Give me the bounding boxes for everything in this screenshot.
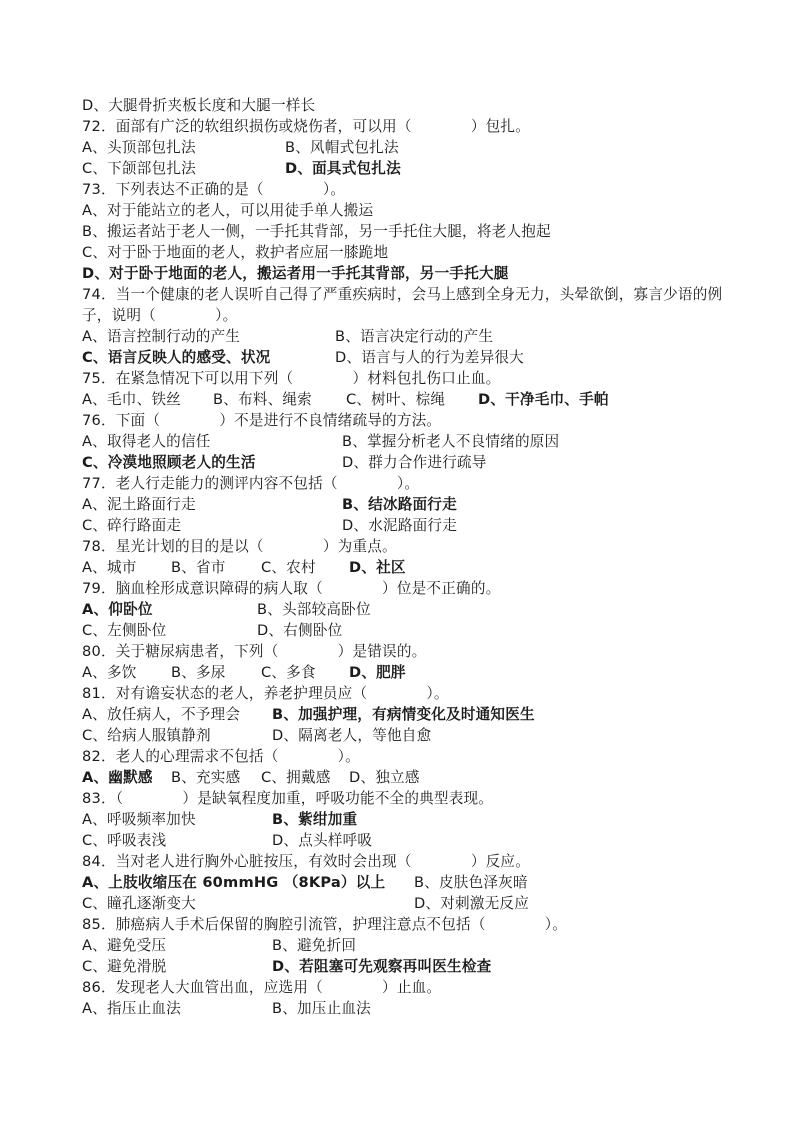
answer-text-bold: D、对于卧于地面的老人，搬运者用一手托其背部，另一手托大腿 — [82, 263, 509, 284]
answer-text-bold: A、仰卧位 — [82, 599, 153, 620]
answer-text-bold: C、冷漠地照顾老人的生活 — [82, 452, 256, 473]
document-line: B、搬运者站于老人一侧，一手托其背部，另一手托住大腿，将老人抱起 — [82, 221, 762, 242]
document-line: A、呼吸频率加快B、紫绀加重 — [82, 809, 762, 830]
question-text: 83．（ ）是缺氧程度加重，呼吸功能不全的典型表现。 — [82, 788, 493, 809]
document-line: A、泥土路面行走B、结冰路面行走 — [82, 494, 762, 515]
document-line: 84．当对老人进行胸外心脏按压，有效时会出现（ ）反应。 — [82, 851, 762, 872]
question-text: A、城市 — [82, 557, 137, 578]
answer-text-bold: A、幽默感 — [82, 767, 153, 788]
question-text: A、呼吸频率加快 — [82, 809, 196, 830]
document-line: C、给病人服镇静剂D、隔离老人，等他自愈 — [82, 725, 762, 746]
question-text: A、毛巾、铁丝 — [82, 389, 181, 410]
question-text: 82．老人的心理需求不包括（ ）。 — [82, 746, 360, 767]
document-line: 73．下列表达不正确的是（ ）。 — [82, 179, 762, 200]
question-text: C、碎行路面走 — [82, 515, 181, 536]
question-text: C、树叶、棕绳 — [346, 389, 445, 410]
document-line: C、左侧卧位D、右侧卧位 — [82, 620, 762, 641]
question-text: 80．关于糖尿病患者，下列（ ）是错误的。 — [82, 641, 426, 662]
question-text: C、对于卧于地面的老人，救护者应屈一膝跪地 — [82, 242, 388, 263]
document-line: A、避免受压B、避免折回 — [82, 935, 762, 956]
question-text: D、大腿骨折夹板长度和大腿一样长 — [82, 95, 315, 116]
document-line: A、指压止血法B、加压止血法 — [82, 998, 762, 1019]
question-text: B、掌握分析老人不良情绪的原因 — [342, 431, 559, 452]
question-text: 77．老人行走能力的测评内容不包括（ ）。 — [82, 473, 419, 494]
document-line: A、放任病人，不予理会B、加强护理，有病情变化及时通知医生 — [82, 704, 762, 725]
question-text: 子，说明（ ）。 — [82, 305, 237, 326]
question-text: C、多食 — [261, 662, 316, 683]
question-text: A、泥土路面行走 — [82, 494, 196, 515]
question-text: A、语言控制行动的产生 — [82, 326, 240, 347]
document-line: 81．对有谵妄状态的老人，养老护理员应（ ）。 — [82, 683, 762, 704]
document-line: A、仰卧位B、头部较高卧位 — [82, 599, 762, 620]
document-line: 77．老人行走能力的测评内容不包括（ ）。 — [82, 473, 762, 494]
question-text: D、水泥路面行走 — [342, 515, 457, 536]
question-text: D、点头样呼吸 — [272, 830, 372, 851]
answer-text-bold: A、上肢收缩压在 60mmHG （8KPa）以上 — [82, 872, 385, 893]
question-text: D、对刺激无反应 — [414, 893, 529, 914]
answer-text-bold: D、肥胖 — [349, 662, 406, 683]
question-text: B、布料、绳索 — [213, 389, 312, 410]
question-text: A、指压止血法 — [82, 998, 181, 1019]
document-line: A、幽默感B、充实感C、拥戴感D、独立感 — [82, 767, 762, 788]
question-text: D、独立感 — [349, 767, 420, 788]
question-text: 84．当对老人进行胸外心脏按压，有效时会出现（ ）反应。 — [82, 851, 530, 872]
question-text: 86．发现老人大血管出血，应选用（ ）止血。 — [82, 977, 441, 998]
question-text: A、多饮 — [82, 662, 137, 683]
question-text: B、语言决定行动的产生 — [335, 326, 493, 347]
question-text: A、对于能站立的老人，可以用徒手单人搬运 — [82, 200, 373, 221]
answer-text-bold: D、面具式包扎法 — [285, 158, 401, 179]
document-line: C、下颌部包扎法D、面具式包扎法 — [82, 158, 762, 179]
question-text: 74．当一个健康的老人误听自己得了严重疾病时，会马上感到全身无力，头晕欲倒，寡言… — [82, 284, 722, 305]
document-line: A、对于能站立的老人，可以用徒手单人搬运 — [82, 200, 762, 221]
question-text: C、农村 — [261, 557, 316, 578]
answer-text-bold: D、干净毛巾、手帕 — [478, 389, 609, 410]
document-line: A、城市B、省市C、农村D、社区 — [82, 557, 762, 578]
question-text: B、皮肤色泽灰暗 — [414, 872, 528, 893]
document-line: A、语言控制行动的产生B、语言决定行动的产生 — [82, 326, 762, 347]
answer-text-bold: B、加强护理，有病情变化及时通知医生 — [272, 704, 535, 725]
question-text: C、左侧卧位 — [82, 620, 166, 641]
document-line: 80．关于糖尿病患者，下列（ ）是错误的。 — [82, 641, 762, 662]
question-text: C、下颌部包扎法 — [82, 158, 196, 179]
document-line: C、碎行路面走D、水泥路面行走 — [82, 515, 762, 536]
document-line: 78．星光计划的目的是以（ ）为重点。 — [82, 536, 762, 557]
question-text: B、避免折回 — [272, 935, 356, 956]
answer-text-bold: D、社区 — [349, 557, 406, 578]
document-line: 83．（ ）是缺氧程度加重，呼吸功能不全的典型表现。 — [82, 788, 762, 809]
exam-document-page: D、大腿骨折夹板长度和大腿一样长72．面部有广泛的软组织损伤或烧伤者，可以用（ … — [0, 0, 794, 1123]
document-line: A、上肢收缩压在 60mmHG （8KPa）以上B、皮肤色泽灰暗 — [82, 872, 762, 893]
question-text: 72．面部有广泛的软组织损伤或烧伤者，可以用（ ）包扎。 — [82, 116, 530, 137]
document-line: A、多饮B、多尿C、多食D、肥胖 — [82, 662, 762, 683]
question-text: A、放任病人，不予理会 — [82, 704, 240, 725]
question-text: C、避免滑脱 — [82, 956, 166, 977]
question-text: A、取得老人的信任 — [82, 431, 211, 452]
question-text: C、给病人服镇静剂 — [82, 725, 211, 746]
question-text: 76．下面（ ）不是进行不良情绪疏导的方法。 — [82, 410, 441, 431]
question-text: A、头顶部包扎法 — [82, 137, 196, 158]
question-text: B、加压止血法 — [272, 998, 371, 1019]
question-text: D、右侧卧位 — [257, 620, 342, 641]
question-text: B、多尿 — [171, 662, 226, 683]
document-line: 74．当一个健康的老人误听自己得了严重疾病时，会马上感到全身无力，头晕欲倒，寡言… — [82, 284, 762, 305]
question-text: B、充实感 — [171, 767, 240, 788]
question-text: 78．星光计划的目的是以（ ）为重点。 — [82, 536, 397, 557]
document-line: D、大腿骨折夹板长度和大腿一样长 — [82, 95, 762, 116]
question-text: C、呼吸表浅 — [82, 830, 166, 851]
document-line: C、呼吸表浅D、点头样呼吸 — [82, 830, 762, 851]
document-line: C、语言反映人的感受、状况D、语言与人的行为差异很大 — [82, 347, 762, 368]
answer-text-bold: D、若阻塞可先观察再叫医生检查 — [272, 956, 491, 977]
document-line: D、对于卧于地面的老人，搬运者用一手托其背部，另一手托大腿 — [82, 263, 762, 284]
question-text: 79．脑血栓形成意识障碍的病人取（ ）位是不正确的。 — [82, 578, 500, 599]
document-line: 75．在紧急情况下可以用下列（ ）材料包扎伤口止血。 — [82, 368, 762, 389]
question-text: D、群力合作进行疏导 — [342, 452, 487, 473]
question-text: B、省市 — [171, 557, 226, 578]
document-line: 子，说明（ ）。 — [82, 305, 762, 326]
question-text: A、避免受压 — [82, 935, 166, 956]
answer-text-bold: B、结冰路面行走 — [342, 494, 457, 515]
question-text: 73．下列表达不正确的是（ ）。 — [82, 179, 345, 200]
document-line: A、毛巾、铁丝B、布料、绳索C、树叶、棕绳D、干净毛巾、手帕 — [82, 389, 762, 410]
document-line: C、冷漠地照顾老人的生活D、群力合作进行疏导 — [82, 452, 762, 473]
question-text: 85．肺癌病人手术后保留的胸腔引流管，护理注意点不包括（ ）。 — [82, 914, 567, 935]
document-line: C、瞳孔逐渐变大D、对刺激无反应 — [82, 893, 762, 914]
document-line: C、避免滑脱D、若阻塞可先观察再叫医生检查 — [82, 956, 762, 977]
question-text: D、语言与人的行为差异很大 — [335, 347, 524, 368]
document-line: 82．老人的心理需求不包括（ ）。 — [82, 746, 762, 767]
question-text: 81．对有谵妄状态的老人，养老护理员应（ ）。 — [82, 683, 449, 704]
document-line: 76．下面（ ）不是进行不良情绪疏导的方法。 — [82, 410, 762, 431]
answer-text-bold: B、紫绀加重 — [272, 809, 357, 830]
document-line: 86．发现老人大血管出血，应选用（ ）止血。 — [82, 977, 762, 998]
question-text: D、隔离老人，等他自愈 — [272, 725, 431, 746]
document-line: 85．肺癌病人手术后保留的胸腔引流管，护理注意点不包括（ ）。 — [82, 914, 762, 935]
document-content: D、大腿骨折夹板长度和大腿一样长72．面部有广泛的软组织损伤或烧伤者，可以用（ … — [82, 95, 762, 1019]
question-text: B、搬运者站于老人一侧，一手托其背部，另一手托住大腿，将老人抱起 — [82, 221, 551, 242]
document-line: 79．脑血栓形成意识障碍的病人取（ ）位是不正确的。 — [82, 578, 762, 599]
question-text: 75．在紧急情况下可以用下列（ ）材料包扎伤口止血。 — [82, 368, 500, 389]
question-text: C、瞳孔逐渐变大 — [82, 893, 196, 914]
document-line: 72．面部有广泛的软组织损伤或烧伤者，可以用（ ）包扎。 — [82, 116, 762, 137]
document-line: C、对于卧于地面的老人，救护者应屈一膝跪地 — [82, 242, 762, 263]
question-text: C、拥戴感 — [261, 767, 331, 788]
document-line: A、取得老人的信任B、掌握分析老人不良情绪的原因 — [82, 431, 762, 452]
question-text: B、风帽式包扎法 — [285, 137, 399, 158]
answer-text-bold: C、语言反映人的感受、状况 — [82, 347, 270, 368]
question-text: B、头部较高卧位 — [257, 599, 371, 620]
document-line: A、头顶部包扎法B、风帽式包扎法 — [82, 137, 762, 158]
